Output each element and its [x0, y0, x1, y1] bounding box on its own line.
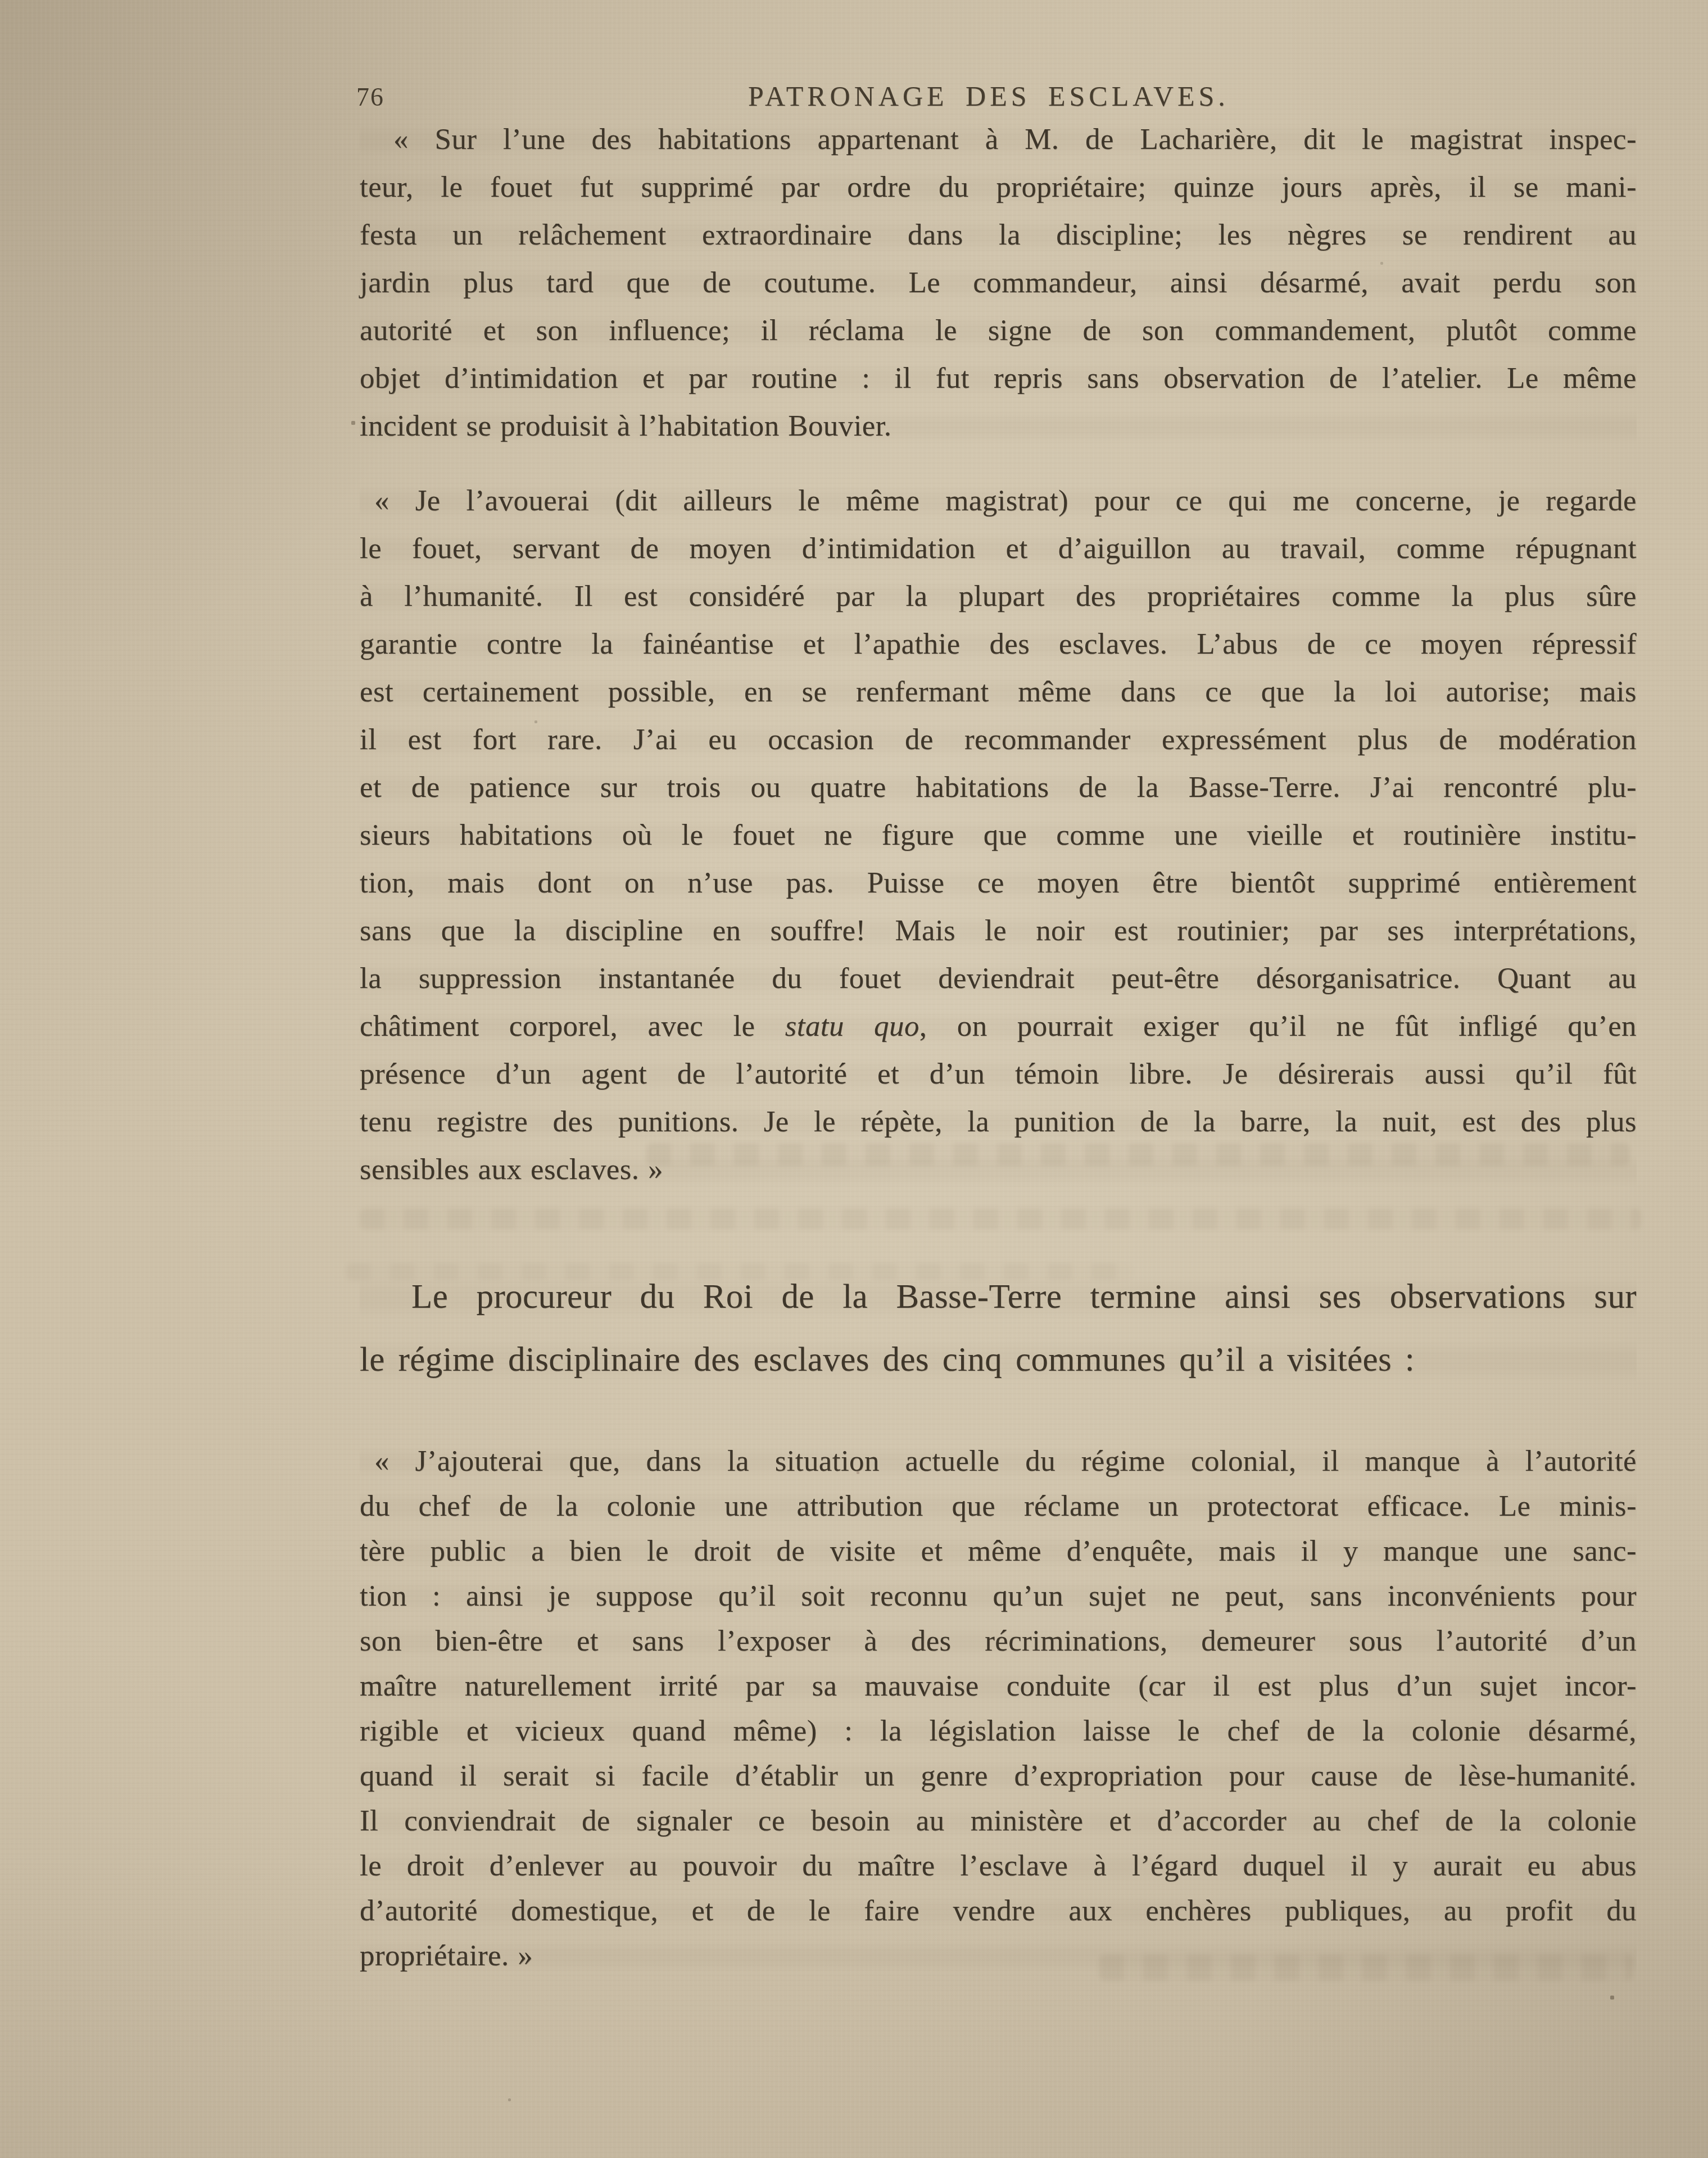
- text-line: sans que la discipline en souffre! Mais …: [360, 907, 1637, 955]
- paper-speck-artifacts: [0, 0, 1, 1]
- paragraph-procureur-conclusion: « J’ajouterai que, dans la situation act…: [360, 1439, 1637, 1978]
- page-header-row: 76 PATRONAGE DES ESCLAVES.: [360, 76, 1637, 112]
- text-line: du chef de la colonie une attribution qu…: [360, 1484, 1637, 1529]
- paragraph-magistrate-opinion: « Je l’avouerai (dit ailleurs le même ma…: [360, 477, 1637, 1194]
- italic-phrase: statu quo: [785, 1010, 919, 1042]
- running-header-title: PATRONAGE DES ESCLAVES.: [748, 80, 1229, 112]
- text-line: son bien-être et sans l’exposer à des ré…: [360, 1618, 1637, 1663]
- text-line: le droit d’enlever au pouvoir du maître …: [360, 1843, 1637, 1888]
- text-line: le fouet, servant de moyen d’intimidatio…: [360, 525, 1637, 573]
- text-line: incident se produisit à l’habitation Bou…: [360, 402, 1637, 450]
- paragraph-narrative-intro: Le procureur du Roi de la Basse-Terre te…: [360, 1266, 1637, 1391]
- text-line: garantie contre la fainéantise et l’apat…: [360, 620, 1637, 668]
- text-line: « Je l’avouerai (dit ailleurs le même ma…: [360, 477, 1637, 525]
- text-line: présence d’un agent de l’autorité et d’u…: [360, 1050, 1637, 1098]
- text-line: et de patience sur trois ou quatre habit…: [360, 764, 1637, 811]
- text-line: maître naturellement irrité par sa mauva…: [360, 1663, 1637, 1708]
- text-line: d’autorité domestique, et de le faire ve…: [360, 1888, 1637, 1933]
- text-line: à l’humanité. Il est considéré par la pl…: [360, 573, 1637, 620]
- text-line: Le procureur du Roi de la Basse-Terre te…: [360, 1266, 1637, 1329]
- text-line: le régime disciplinaire des esclaves des…: [360, 1329, 1637, 1391]
- text-line: festa un relâchement extraordinaire dans…: [360, 211, 1637, 259]
- line-segment: , on pourrait exiger qu’il ne fût inflig…: [919, 1010, 1637, 1042]
- text-line: autorité et son influence; il réclama le…: [360, 307, 1637, 355]
- text-line: tion : ainsi je suppose qu’il soit recon…: [360, 1574, 1637, 1618]
- text-line: Il conviendrait de signaler ce besoin au…: [360, 1798, 1637, 1843]
- text-line: « Sur l’une des habitations appartenant …: [360, 116, 1637, 164]
- page-number: 76: [356, 82, 384, 112]
- text-line: teur, le fouet fut supprimé par ordre du…: [360, 164, 1637, 211]
- text-line: rigible et vicieux quand même) : la légi…: [360, 1708, 1637, 1753]
- text-line: il est fort rare. J’ai eu occasion de re…: [360, 716, 1637, 764]
- text-line: « J’ajouterai que, dans la situation act…: [360, 1439, 1637, 1484]
- paragraph-inspection-report: « Sur l’une des habitations appartenant …: [360, 116, 1637, 450]
- text-line: sensibles aux esclaves. »: [360, 1146, 1637, 1194]
- text-line: la suppression instantanée du fouet devi…: [360, 955, 1637, 1003]
- text-line: jardin plus tard que de coutume. Le comm…: [360, 259, 1637, 307]
- text-line-with-italic: châtiment corporel, avec le statu quo, o…: [360, 1003, 1637, 1050]
- text-line: sieurs habitations où le fouet ne figure…: [360, 811, 1637, 859]
- text-line: tion, mais dont on n’use pas. Puisse ce …: [360, 859, 1637, 907]
- line-segment: châtiment corporel, avec le: [360, 1010, 785, 1042]
- text-line: est certainement possible, en se renferm…: [360, 668, 1637, 716]
- text-line: quand il serait si facile d’établir un g…: [360, 1753, 1637, 1798]
- scanned-book-page: 76 PATRONAGE DES ESCLAVES. « Sur l’une d…: [0, 0, 1708, 2158]
- text-line: tère public a bien le droit de visite et…: [360, 1529, 1637, 1574]
- text-line: propriétaire. »: [360, 1933, 1637, 1978]
- text-line: objet d’intimidation et par routine : il…: [360, 355, 1637, 402]
- text-line: tenu registre des punitions. Je le répèt…: [360, 1098, 1637, 1146]
- showthrough-artifact: [360, 1208, 1641, 1230]
